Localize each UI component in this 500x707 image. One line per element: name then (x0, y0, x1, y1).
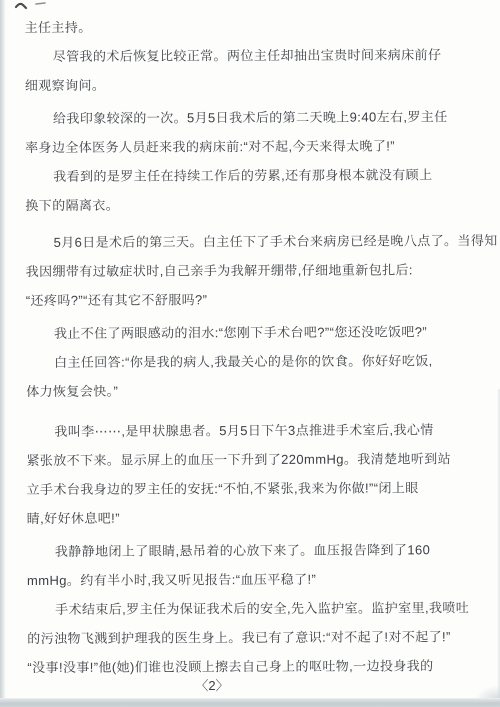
scan-edge-bottom (0, 698, 500, 707)
handwritten-line: 紧张放不下来。显示屏上的血压一下升到了220mmHg。我清楚地听到站 (26, 444, 490, 475)
handwritten-line: 的污浊物飞溅到护理我的医生身上。我已有了意识:“对不起了!对不起了!” (27, 622, 491, 653)
handwritten-line: 我叫李⋯⋯,是甲状腺患者。5月5日下午3点推进手术室后,我心情 (26, 415, 490, 446)
scanned-letter-page: 主任主持。 尽管我的术后恢复比较正常。两位主任却抽出宝贵时间来病床前仔 细观察询… (0, 0, 500, 707)
handwritten-line: 尽管我的术后恢复比较正常。两位主任却抽出宝贵时间来病床前仔 (25, 40, 489, 71)
handwritten-line: 5月6日是术后的第三天。白主任下了手术台来病房已经是晚八点了。当得知 (25, 226, 489, 257)
handwritten-text-body: 主任主持。 尽管我的术后恢复比较正常。两位主任却抽出宝贵时间来病床前仔 细观察询… (25, 11, 492, 682)
handwritten-line: 我静静地闭上了眼睛,悬吊着的心放下来了。血压报告降到了160 (27, 535, 491, 566)
handwritten-line: 率身边全体医务人员赶来我的病床前:“对不起,今天来得太晚了!” (25, 131, 489, 162)
page-number: 〈2〉 (0, 675, 462, 694)
handwritten-line: “还疼吗?”“还有其它不舒服吗?” (26, 284, 490, 315)
handwritten-line: 立手术台我身边的罗主任的安抚:“不怕,不紧张,我来为你做!”“闭上眼 (27, 473, 491, 504)
handwritten-line: 换下的隔离衣。 (25, 189, 489, 220)
handwritten-line: 白主任回答:“你是我的病人,我最关心的是你的饮食。你好好吃饭, (26, 346, 490, 377)
handwritten-line: mmHg。约有半小时,我又听见报告:“血压平稳了!” (27, 564, 491, 595)
handwritten-line: 体力恢复会快。” (26, 375, 490, 406)
handwritten-line: 我因绷带有过敏症状时,自己亲手为我解开绷带,仔细地重新包扎后: (26, 255, 490, 286)
handwritten-line: 给我印象较深的一次。5月5日我术后的第二天晚上9:40左右,罗主任 (25, 102, 489, 133)
handwritten-line: 我止不住了两眼感动的泪水:“您刚下手术台吧?”“您还没吃饭吧?” (26, 317, 490, 348)
scan-edge-left (0, 0, 6, 699)
handwritten-line: 主任主持。 (25, 11, 489, 42)
handwritten-line: 细观察询问。 (25, 69, 489, 100)
scan-artifact-mark (14, 1, 48, 11)
handwritten-line: 手术结束后,罗主任为保证我术后的安全,先入监护室。监护室里,我喷吐 (27, 593, 491, 624)
handwritten-line: 我看到的是罗主任在持续工作后的劳累,还有那身根本就没有顾上 (25, 160, 489, 191)
handwritten-line: 睛,好好休息吧!” (27, 502, 491, 533)
